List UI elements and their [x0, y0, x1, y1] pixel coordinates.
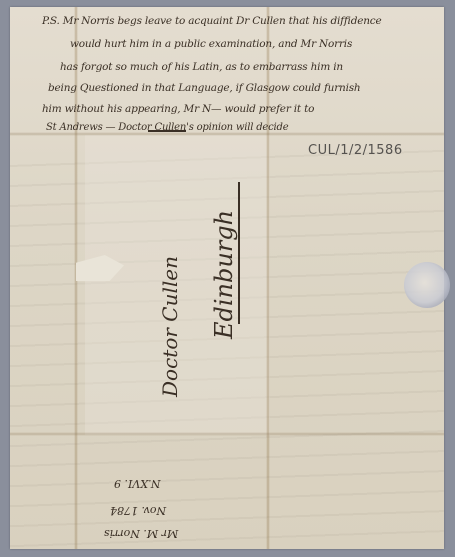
postscript-line: being Questioned in that Language, if Gl…: [48, 82, 361, 94]
address-recipient: Doctor Cullen: [158, 256, 182, 397]
postscript-line: has forgot so much of his Latin, as to e…: [60, 61, 343, 73]
endorsement-ref: N.XVI. 9: [114, 477, 161, 490]
address-underline: [238, 182, 240, 324]
endorsement-name: Mr M. Norris: [104, 527, 178, 540]
postscript-line: would hurt him in a public examination, …: [70, 38, 352, 50]
fold-line-horizontal: [10, 432, 444, 436]
letter-sheet: P.S. Mr Norris begs leave to acquaint Dr…: [10, 7, 444, 549]
endorsement-date: Nov. 1784: [110, 504, 166, 517]
wax-seal-remnant: [404, 262, 450, 308]
address-city: Edinburgh: [210, 210, 238, 339]
postscript-line: P.S. Mr Norris begs leave to acquaint Dr…: [42, 15, 382, 27]
postscript-line: him without his appearing, Mr N— would p…: [42, 103, 314, 115]
archive-reference: CUL/1/2/1586: [308, 143, 403, 158]
ink-dash: [148, 130, 186, 132]
